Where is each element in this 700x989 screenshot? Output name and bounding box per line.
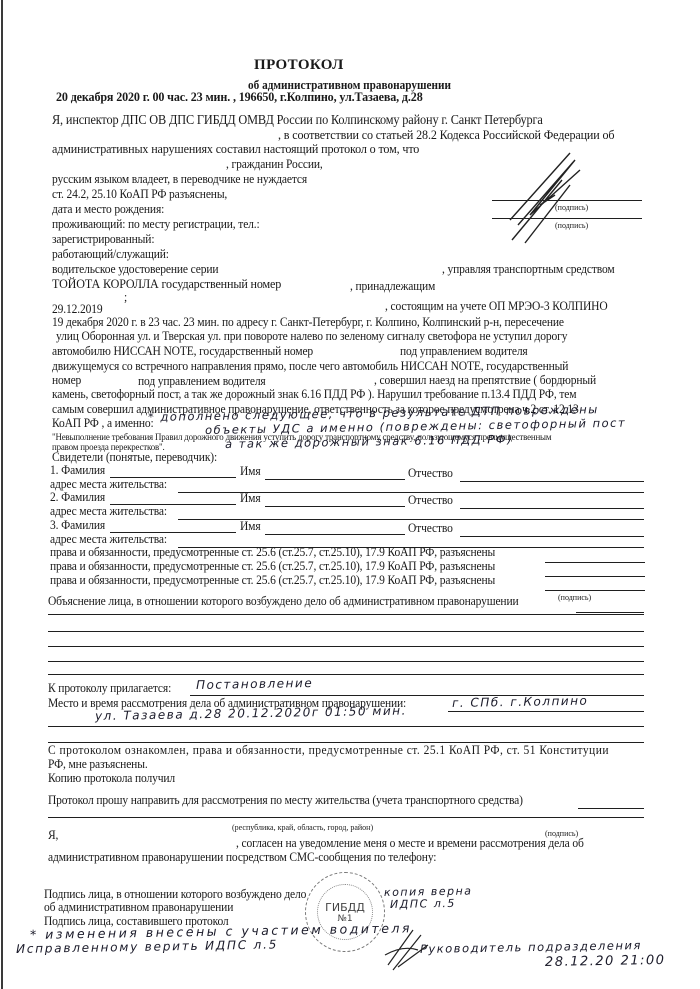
- witnesses-heading: Свидетели (понятые, переводчик):: [52, 450, 217, 464]
- witness-2-name-field[interactable]: [265, 506, 405, 507]
- witness-3-patronymic-label: Отчество: [408, 521, 453, 535]
- intro-article-line: , в соответствии со статьей 28.2 Кодекса…: [278, 128, 614, 142]
- witness-3-name-field[interactable]: [265, 534, 405, 535]
- inspector-line: Я, инспектор ДПС ОВ ДПС ГИБДД ОМВД Росси…: [52, 113, 543, 127]
- intro-language: русским языком владеет, в переводчике не…: [52, 172, 307, 186]
- protocol-date-place: 20 декабря 2020 г. 00 час. 23 мин. , 196…: [56, 90, 423, 104]
- witness-rights-3: права и обязанности, предусмотренные ст.…: [50, 573, 495, 587]
- witness-1-name-field[interactable]: [265, 479, 405, 480]
- registered-label: зарегистрированный:: [52, 232, 154, 246]
- registration-date: 29.12.2019: [52, 302, 102, 316]
- copy-received-label: Копию протокола получил: [48, 771, 175, 785]
- driving-vehicle-text: , управляя транспортным средством: [442, 262, 615, 276]
- official-stamp: ГИБДД №1: [305, 872, 385, 952]
- witness-2-name-label: Имя: [240, 491, 261, 505]
- hearing-place-handwritten-1: г. СПб. г.Колпино: [452, 694, 589, 710]
- send-protocol-field-1[interactable]: [578, 808, 644, 809]
- witness-2-surname-label: 2. Фамилия: [50, 490, 105, 504]
- witness-rights-2-signature[interactable]: [545, 576, 645, 577]
- witness-rights-3-signature[interactable]: [545, 590, 645, 591]
- copy-certified-inspector: ИДПС л.5: [390, 897, 456, 911]
- footer-handwritten-date: 28.12.20 21:00: [545, 953, 666, 970]
- intro-citizenship: , гражданин России,: [226, 157, 323, 171]
- sms-consent-line-1: , согласен на уведомление меня о месте и…: [236, 836, 584, 850]
- witness-1-patronymic-field[interactable]: [460, 481, 644, 482]
- witness-1-patronymic-label: Отчество: [408, 466, 453, 480]
- witness-3-patronymic-field[interactable]: [460, 536, 644, 537]
- attachments-label: К протоколу прилагается:: [48, 681, 171, 695]
- offender-signature-label-1: Подпись лица, в отношении которого возбу…: [44, 887, 306, 901]
- explanation-line-4[interactable]: [48, 661, 644, 662]
- incident-line-1: 19 декабря 2020 г. в 23 час. 23 мин. по …: [52, 315, 564, 329]
- explanation-line-0[interactable]: [576, 612, 644, 613]
- incident-line-2: улиц Оборонная ул. и Тверская ул. при по…: [56, 329, 567, 343]
- witness-rights-1-signature[interactable]: [545, 562, 645, 563]
- hearing-place-field-2[interactable]: [48, 726, 644, 727]
- residence-label: проживающий: по месту регистрации, тел.:: [52, 217, 260, 231]
- registered-at-text: , состоящим на учете ОП МРЭО-3 КОЛПИНО: [385, 299, 608, 313]
- explanation-line-1[interactable]: [48, 614, 644, 615]
- sms-consent-line-2: административном правонарушении посредст…: [48, 850, 436, 864]
- explanation-line-3[interactable]: [48, 646, 644, 647]
- offender-signature-label-2: об административном правонарушении: [44, 900, 233, 914]
- witness-2-patronymic-field[interactable]: [460, 508, 644, 509]
- acknowledgement-line-1: С протоколом ознакомлен, права и обязанн…: [48, 743, 609, 757]
- intro-protocol-line: административных нарушениях составил нас…: [52, 142, 419, 156]
- license-label: водительское удостоверение серии: [52, 262, 218, 276]
- acknowledgement-line-2: РФ, мне разъяснены.: [48, 757, 148, 771]
- witness-3-address-label: адрес места жительства:: [50, 532, 167, 546]
- witness-2-patronymic-label: Отчество: [408, 493, 453, 507]
- witness-rights-1: права и обязанности, предусмотренные ст.…: [50, 545, 495, 559]
- send-protocol-field-2[interactable]: [48, 817, 644, 818]
- witness-3-surname-label: 3. Фамилия: [50, 518, 105, 532]
- sms-consent-i: Я,: [48, 828, 58, 842]
- witness-3-name-label: Имя: [240, 519, 261, 533]
- belonging-text: , принадлежащим: [350, 279, 435, 293]
- explanation-label: Объяснение лица, в отношении которого во…: [48, 594, 519, 608]
- attachment-handwritten: Постановление: [196, 676, 313, 692]
- document-title: ПРОТОКОЛ: [254, 57, 344, 74]
- incident-line-3: автомобилю НИССАН NOTE, государственный …: [52, 344, 313, 358]
- handwritten-signature-icon: [500, 145, 610, 250]
- witness-1-surname-label: 1. Фамилия: [50, 463, 105, 477]
- semicolon: ;: [124, 290, 127, 304]
- birth-date-place-label: дата и место рождения:: [52, 202, 164, 216]
- explanation-line-5[interactable]: [48, 674, 644, 675]
- witness-rights-2: права и обязанности, предусмотренные ст.…: [50, 559, 495, 573]
- employment-label: работающий/служащий:: [52, 247, 169, 261]
- incident-line-4: движущемуся со встречного направления пр…: [52, 359, 568, 373]
- send-protocol-label: Протокол прошу направить для рассмотрени…: [48, 793, 523, 807]
- stamp-text: ГИБДД: [325, 901, 365, 914]
- incident-line-5: номер: [52, 373, 81, 387]
- vehicle-model-line: ТОЙОТА КОРОЛЛА государственный номер: [52, 277, 281, 291]
- bottom-signature-icon: [383, 925, 443, 980]
- witness-1-name-label: Имя: [240, 464, 261, 478]
- incident-line-3b: под управлением водителя: [400, 344, 528, 358]
- explanation-line-2[interactable]: [48, 631, 644, 632]
- intro-rights-explained: ст. 24.2, 25.10 КоАП РФ разъяснены,: [52, 187, 227, 201]
- region-label: (республика, край, область, город, район…: [232, 823, 373, 832]
- witness-2-address-label: адрес места жительства:: [50, 504, 167, 518]
- hearing-place-field-1[interactable]: [448, 711, 644, 712]
- incident-line-6: камень, светофорный пост, а так же дорож…: [52, 387, 576, 401]
- scan-edge-line: [1, 0, 3, 989]
- incident-line-5b: под управлением водителя: [138, 374, 266, 388]
- witness-signature-label: (подпись): [558, 593, 591, 602]
- witness-1-address-label: адрес места жительства:: [50, 477, 167, 491]
- incident-line-8: КоАП РФ , а именно:: [52, 416, 154, 430]
- incident-line-5c: , совершил наезд на препятствие ( бордюр…: [374, 373, 596, 387]
